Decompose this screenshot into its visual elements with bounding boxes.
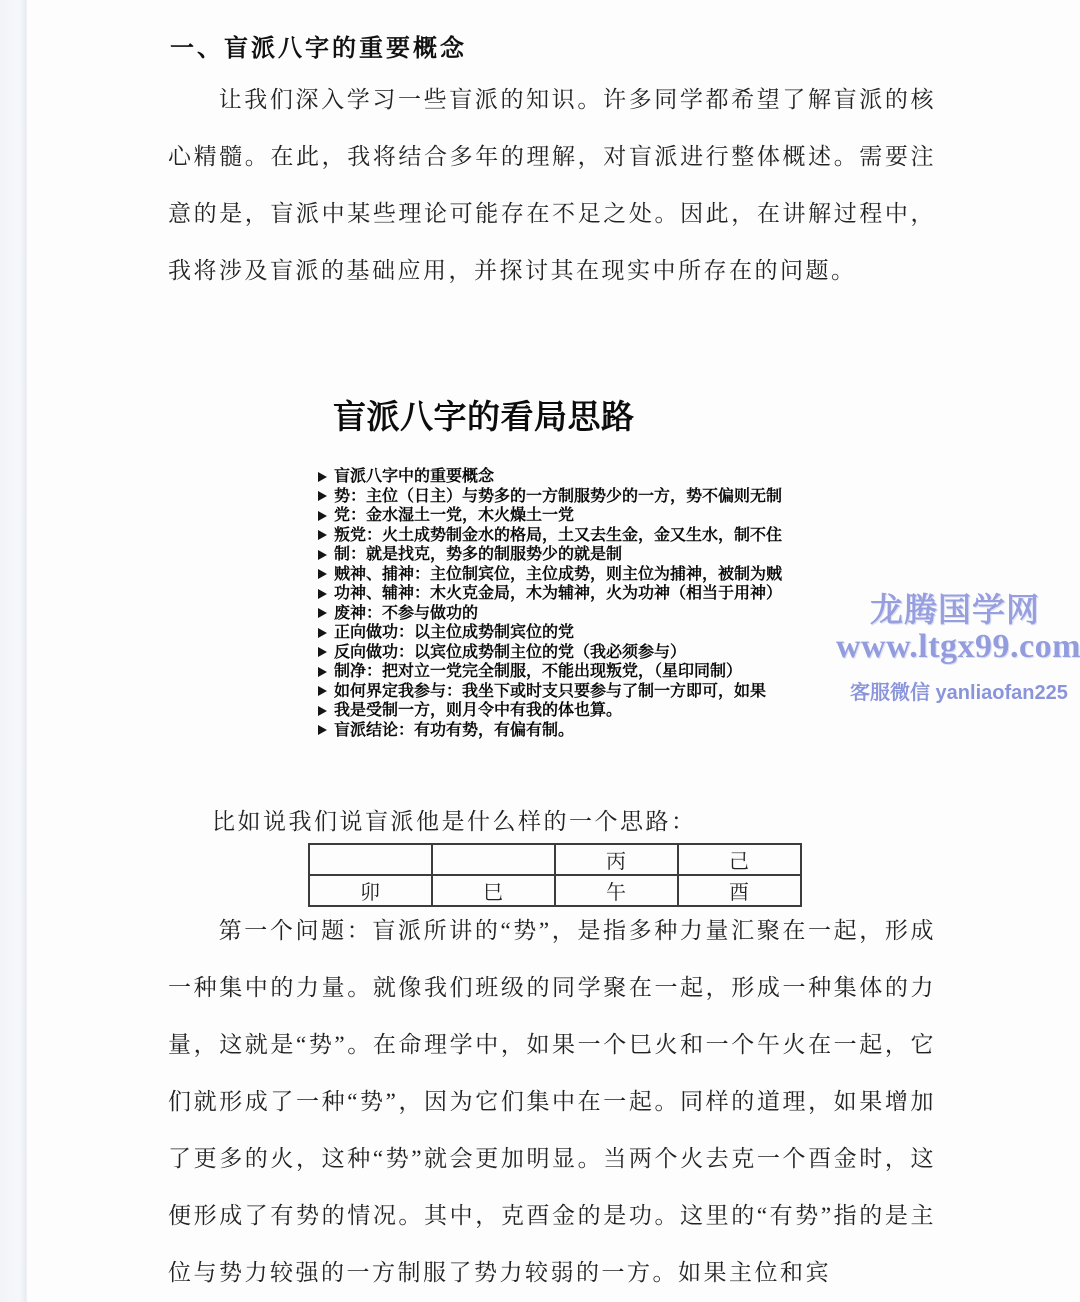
slide-bullet: 叛党：火土成势制金水的格局，土又去生金，金又生水，制不住 <box>318 526 782 546</box>
slide-bullet: 功神、辅神：木火克金局，木为辅神，火为功神（相当于用神） <box>318 584 782 604</box>
watermark-contact: 客服微信 yanliaofan225 <box>850 676 1068 705</box>
bullet-arrow-icon <box>318 491 327 501</box>
slide-bullet: 盲派八字中的重要概念 <box>318 467 782 487</box>
slide-bullet-text: 正向做功：以主位成势制宾位的党 <box>334 623 574 643</box>
bullet-arrow-icon <box>318 511 327 521</box>
slide-bullet-text: 功神、辅神：木火克金局，木为辅神，火为功神（相当于用神） <box>334 584 782 604</box>
bullet-arrow-icon <box>318 647 327 657</box>
table-row-stems: 丙 己 <box>309 844 801 875</box>
slide-bullet: 制：就是找克，势多的制服势少的就是制 <box>318 545 782 565</box>
bullet-arrow-icon <box>318 686 327 696</box>
table-cell <box>432 844 555 875</box>
bullet-arrow-icon <box>318 569 327 579</box>
slide-bullet-list: 盲派八字中的重要概念 势：主位（日主）与势多的一方制服势少的一方，势不偏则无制 … <box>318 467 782 740</box>
bullet-arrow-icon <box>318 725 327 735</box>
bullet-arrow-icon <box>318 667 327 677</box>
slide-bullet: 反向做功：以宾位成势制主位的党（我必须参与） <box>318 643 782 663</box>
slide-bullet-text: 废神：不参与做功的 <box>334 604 478 624</box>
slide-bullet-text: 制：就是找克，势多的制服势少的就是制 <box>334 545 622 565</box>
table-cell <box>309 844 432 875</box>
slide-bullet: 废神：不参与做功的 <box>318 604 782 624</box>
slide-bullet-text: 制净：把对立一党完全制服，不能出现叛党，（星印同制） <box>334 662 742 682</box>
page-left-edge-shadow <box>0 0 28 1302</box>
slide-bullet-text: 势：主位（日主）与势多的一方制服势少的一方，势不偏则无制 <box>334 487 782 507</box>
bullet-arrow-icon <box>318 608 327 618</box>
bullet-arrow-icon <box>318 472 327 482</box>
slide-title: 盲派八字的看局思路 <box>333 391 635 438</box>
slide-bullet: 盲派结论：有功有势，有偏有制。 <box>318 721 782 741</box>
slide-bullet: 我是受制一方，则月令中有我的体也算。 <box>318 701 782 721</box>
slide-bullet: 制净：把对立一党完全制服，不能出现叛党，（星印同制） <box>318 662 782 682</box>
watermark-site-url: www.ltgx99.com <box>836 628 1080 666</box>
slide-bullet-text: 如何界定我参与：我坐下或时支只要参与了制一方即可，如果 <box>334 682 766 702</box>
slide-bullet-text: 贼神、捕神：主位制宾位，主位成势，则主位为捕神，被制为贼 <box>334 565 782 585</box>
slide-bullet: 正向做功：以主位成势制宾位的党 <box>318 623 782 643</box>
slide-bullet: 贼神、捕神：主位制宾位，主位成势，则主位为捕神，被制为贼 <box>318 565 782 585</box>
table-cell: 己 <box>678 844 801 875</box>
bullet-arrow-icon <box>318 706 327 716</box>
bullet-arrow-icon <box>318 550 327 560</box>
body-paragraph: 第一个问题：盲派所讲的“势”，是指多种力量汇聚在一起，形成一种集中的力量。就像我… <box>168 902 936 1301</box>
slide-bullet: 党：金水湿土一党，木火燥土一党 <box>318 506 782 526</box>
bullet-arrow-icon <box>318 530 327 540</box>
section-heading: 一、盲派八字的重要概念 <box>170 28 467 63</box>
bazi-chart-table: 丙 己 卯 巳 午 酉 <box>308 843 802 907</box>
slide-bullet-text: 反向做功：以宾位成势制主位的党（我必须参与） <box>334 643 686 663</box>
slide-bullet-text: 盲派结论：有功有势，有偏有制。 <box>334 721 574 741</box>
slide-bullet-text: 盲派八字中的重要概念 <box>334 467 494 487</box>
slide-bullet-text: 叛党：火土成势制金水的格局，土又去生金，金又生水，制不住 <box>334 526 782 546</box>
example-intro-line: 比如说我们说盲派他是什么样的一个思路： <box>212 803 697 836</box>
slide-bullet: 势：主位（日主）与势多的一方制服势少的一方，势不偏则无制 <box>318 487 782 507</box>
watermark-site-name: 龙腾国学网 <box>870 584 1040 631</box>
intro-paragraph: 让我们深入学习一些盲派的知识。许多同学都希望了解盲派的核心精髓。在此，我将结合多… <box>168 71 936 299</box>
table-cell: 丙 <box>555 844 678 875</box>
bullet-arrow-icon <box>318 589 327 599</box>
slide-bullet-text: 党：金水湿土一党，木火燥土一党 <box>334 506 574 526</box>
document-page: 一、盲派八字的重要概念 让我们深入学习一些盲派的知识。许多同学都希望了解盲派的核… <box>0 0 1080 1302</box>
slide-bullet-text: 我是受制一方，则月令中有我的体也算。 <box>334 701 622 721</box>
bullet-arrow-icon <box>318 628 327 638</box>
slide-bullet: 如何界定我参与：我坐下或时支只要参与了制一方即可，如果 <box>318 682 782 702</box>
